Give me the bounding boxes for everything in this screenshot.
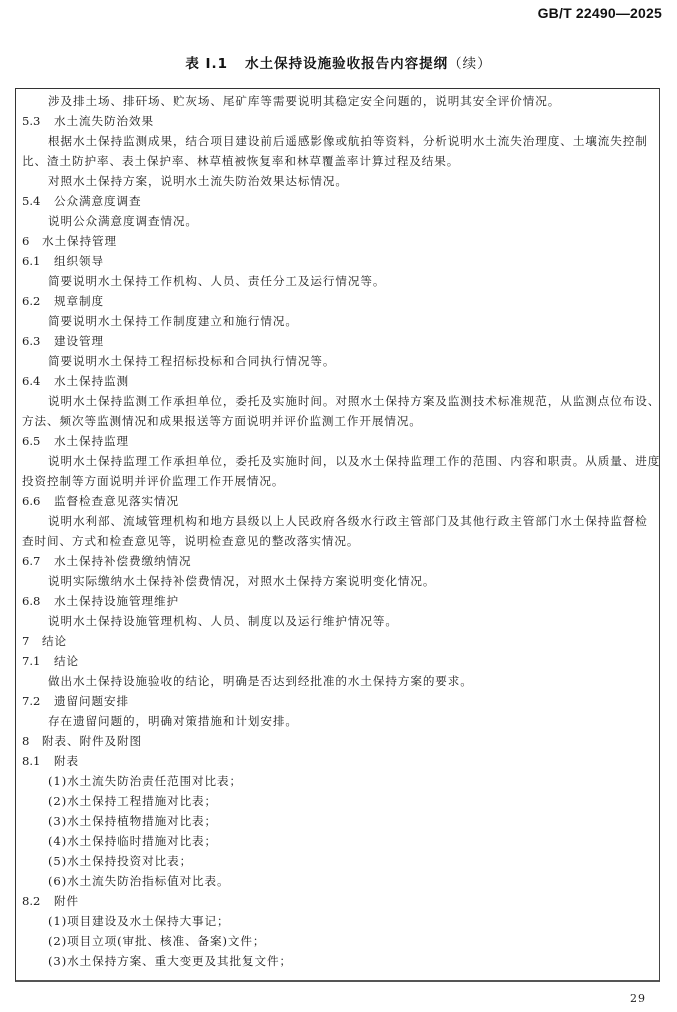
paragraph-line: 对照水土保持方案，说明水土流失防治效果达标情况。 — [16, 171, 659, 191]
section-title: 附表 — [54, 754, 79, 768]
section-heading: 6.1组织领导 — [16, 251, 659, 271]
section-title: 附件 — [54, 894, 79, 908]
paragraph-continuation: 查时间、方式和检查意见等，说明检查意见的整改落实情况。 — [16, 531, 659, 551]
section-title: 规章制度 — [54, 294, 104, 308]
section-heading: 8.1附表 — [16, 751, 659, 771]
paragraph-line: (5)水土保持投资对比表； — [16, 851, 659, 871]
standard-code: GB/T 22490—2025 — [538, 5, 662, 21]
section-heading: 6.2规章制度 — [16, 291, 659, 311]
outline-content: 涉及排土场、排矸场、贮灰场、尾矿库等需要说明其稳定安全问题的，说明其安全评价情况… — [16, 91, 659, 971]
paragraph-line: 说明水利部、流域管理机构和地方县级以上人民政府各级水行政主管部门及其他行政主管部… — [16, 511, 659, 531]
paragraph-line: 简要说明水土保持工程招标投标和合同执行情况等。 — [16, 351, 659, 371]
section-title: 附表、附件及附图 — [42, 734, 142, 748]
section-number: 8.2 — [22, 891, 46, 911]
section-number: 6.2 — [22, 291, 46, 311]
section-number: 6.1 — [22, 251, 46, 271]
section-heading: 6.4水土保持监测 — [16, 371, 659, 391]
section-heading: 6.7水土保持补偿费缴纳情况 — [16, 551, 659, 571]
paragraph-continuation: 方法、频次等监测情况和成果报送等方面说明并评价监测工作开展情况。 — [16, 411, 659, 431]
table-continued-marker: （续） — [448, 56, 492, 72]
paragraph-line: 简要说明水土保持工作机构、人员、责任分工及运行情况等。 — [16, 271, 659, 291]
section-number: 6.3 — [22, 331, 46, 351]
paragraph-line: (6)水土流失防治指标值对比表。 — [16, 871, 659, 891]
paragraph-line: (3)水土保持方案、重大变更及其批复文件； — [16, 951, 659, 971]
section-title: 水土保持设施管理维护 — [54, 594, 179, 608]
paragraph-line: (2)水土保持工程措施对比表； — [16, 791, 659, 811]
section-number: 7 — [22, 631, 32, 651]
section-title: 建设管理 — [54, 334, 104, 348]
section-title: 水土保持补偿费缴纳情况 — [54, 554, 191, 568]
section-number: 6 — [22, 231, 32, 251]
section-number: 5.4 — [22, 191, 46, 211]
section-heading: 6.5水土保持监理 — [16, 431, 659, 451]
section-number: 8.1 — [22, 751, 46, 771]
section-title: 遗留问题安排 — [54, 694, 129, 708]
section-number: 6.6 — [22, 491, 46, 511]
paragraph-line: 说明水土保持监理工作承担单位，委托及实施时间，以及水土保持监理工作的范围、内容和… — [16, 451, 659, 471]
section-title: 结论 — [54, 654, 79, 668]
section-title: 结论 — [42, 634, 67, 648]
section-number: 6.5 — [22, 431, 46, 451]
section-title: 公众满意度调查 — [54, 194, 141, 208]
section-number: 6.7 — [22, 551, 46, 571]
paragraph-line: (4)水土保持临时措施对比表； — [16, 831, 659, 851]
section-heading: 7.2遗留问题安排 — [16, 691, 659, 711]
section-number: 6.8 — [22, 591, 46, 611]
section-number: 7.2 — [22, 691, 46, 711]
section-heading: 6.3建设管理 — [16, 331, 659, 351]
paragraph-line: (2)项目立项(审批、核准、备案)文件； — [16, 931, 659, 951]
section-number: 5.3 — [22, 111, 46, 131]
page-number: 29 — [630, 992, 646, 1005]
paragraph-line: 说明公众满意度调查情况。 — [16, 211, 659, 231]
paragraph-line: (3)水土保持植物措施对比表； — [16, 811, 659, 831]
section-title: 监督检查意见落实情况 — [54, 494, 179, 508]
table-title-text: 水土保持设施验收报告内容提纲 — [245, 56, 448, 72]
paragraph-continuation: 比、渣土防护率、表土保护率、林草植被恢复率和林草覆盖率计算过程及结果。 — [16, 151, 659, 171]
paragraph-line: 简要说明水土保持工作制度建立和施行情况。 — [16, 311, 659, 331]
paragraph-line: 说明水土保持设施管理机构、人员、制度以及运行维护情况等。 — [16, 611, 659, 631]
paragraph-line: (1)项目建设及水土保持大事记； — [16, 911, 659, 931]
section-title: 组织领导 — [54, 254, 104, 268]
section-title: 水土保持监测 — [54, 374, 129, 388]
paragraph-line: 做出水土保持设施验收的结论，明确是否达到经批准的水土保持方案的要求。 — [16, 671, 659, 691]
paragraph-line: 说明水土保持监测工作承担单位，委托及实施时间。对照水土保持方案及监测技术标准规范… — [16, 391, 659, 411]
table-title: 表 I.1 水土保持设施验收报告内容提纲（续） — [0, 52, 677, 72]
paragraph-line: 涉及排土场、排矸场、贮灰场、尾矿库等需要说明其稳定安全问题的，说明其安全评价情况… — [16, 91, 659, 111]
paragraph-continuation: 投资控制等方面说明并评价监理工作开展情况。 — [16, 471, 659, 491]
section-heading: 6.8水土保持设施管理维护 — [16, 591, 659, 611]
section-heading: 7.1结论 — [16, 651, 659, 671]
section-number: 7.1 — [22, 651, 46, 671]
section-heading: 6.6监督检查意见落实情况 — [16, 491, 659, 511]
section-heading: 5.3水土流失防治效果 — [16, 111, 659, 131]
section-title: 水土保持管理 — [42, 234, 117, 248]
outline-table: 涉及排土场、排矸场、贮灰场、尾矿库等需要说明其稳定安全问题的，说明其安全评价情况… — [15, 88, 660, 982]
section-heading: 8附表、附件及附图 — [16, 731, 659, 751]
section-heading: 7结论 — [16, 631, 659, 651]
table-label: 表 I.1 — [185, 56, 228, 72]
paragraph-line: 根据水土保持监测成果，结合项目建设前后遥感影像或航拍等资料，分析说明水土流失治理… — [16, 131, 659, 151]
section-title: 水土流失防治效果 — [54, 114, 154, 128]
paragraph-line: 存在遗留问题的，明确对策措施和计划安排。 — [16, 711, 659, 731]
section-heading: 5.4公众满意度调查 — [16, 191, 659, 211]
section-number: 8 — [22, 731, 32, 751]
section-heading: 8.2附件 — [16, 891, 659, 911]
section-number: 6.4 — [22, 371, 46, 391]
paragraph-line: (1)水土流失防治责任范围对比表； — [16, 771, 659, 791]
section-title: 水土保持监理 — [54, 434, 129, 448]
paragraph-line: 说明实际缴纳水土保持补偿费情况，对照水土保持方案说明变化情况。 — [16, 571, 659, 591]
section-heading: 6水土保持管理 — [16, 231, 659, 251]
